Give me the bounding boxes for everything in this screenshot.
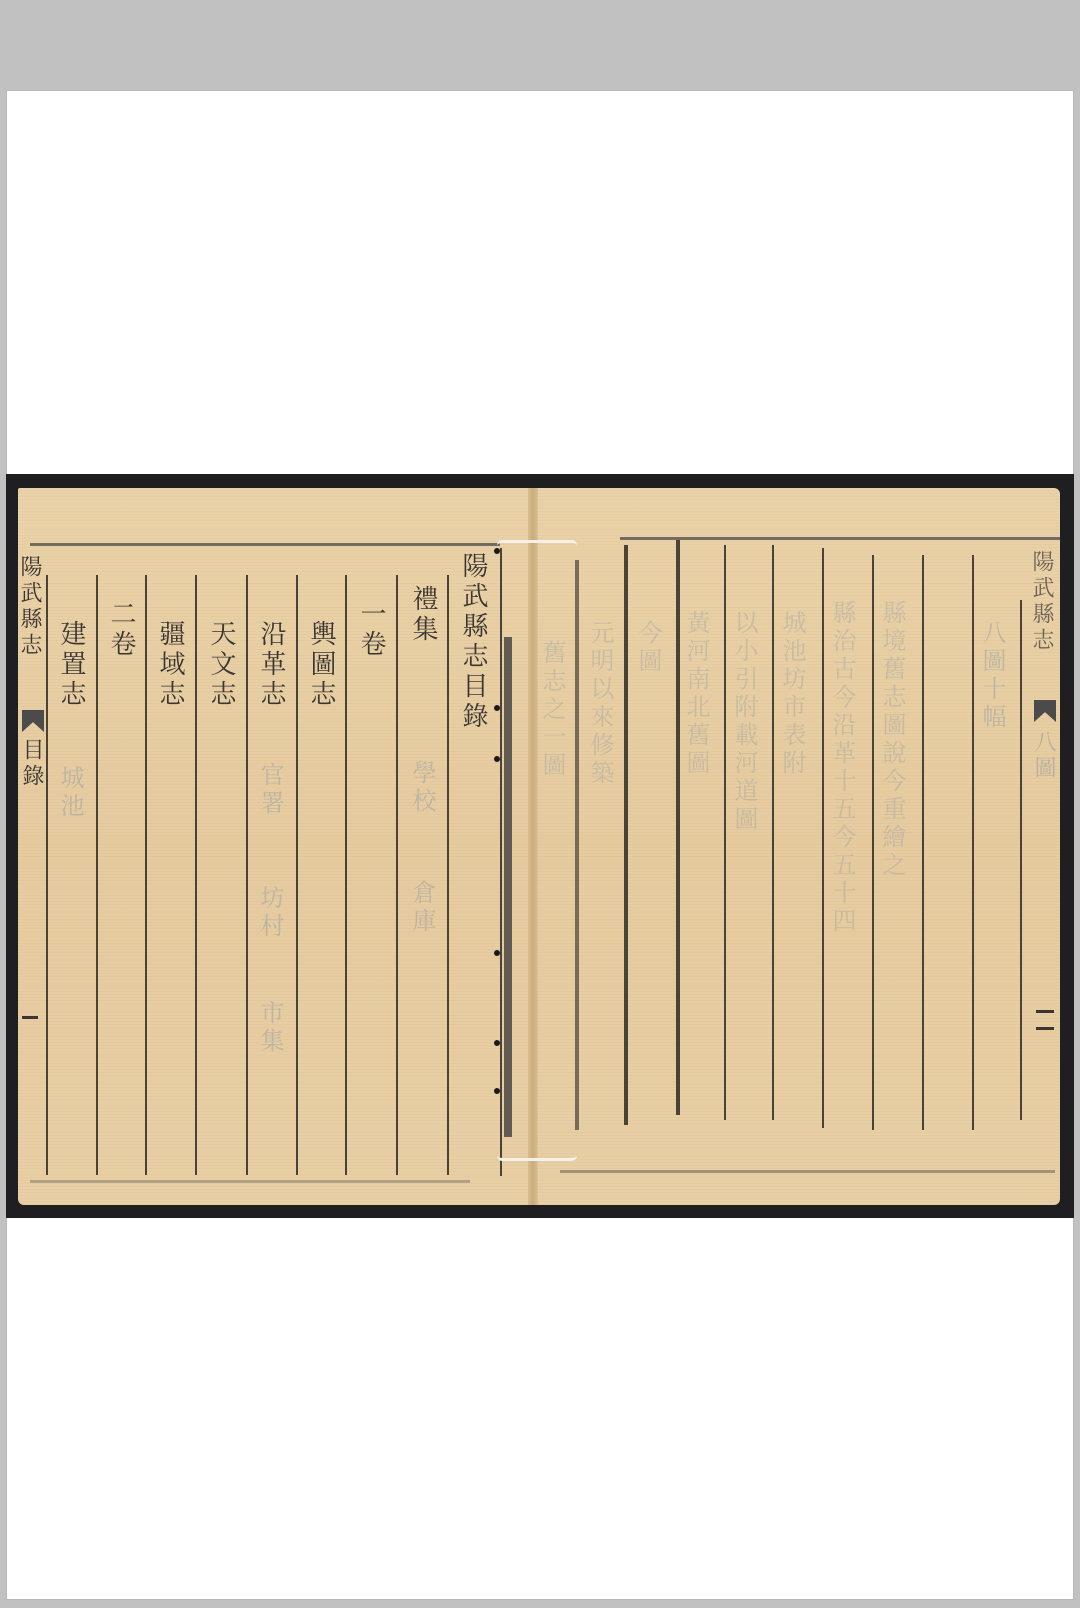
toc-entry: 二卷 (108, 600, 134, 660)
ghost-text: 以小引附載河道圖 (732, 610, 756, 834)
binding-hole (494, 756, 500, 762)
ghost-text: 城池坊市表附 (780, 610, 804, 778)
column-rule (345, 575, 347, 1175)
ghost-text: 市集 (258, 1000, 282, 1056)
spine-margin-band (504, 637, 512, 1137)
column-rule (872, 555, 874, 1130)
toc-entry: 天文志 (208, 620, 234, 710)
binding-hole (494, 1040, 500, 1046)
binding-thread-top (497, 540, 577, 551)
ghost-text: 八圖十幅 (980, 620, 1004, 732)
toc-entry: 疆域志 (157, 620, 183, 710)
column-rule (396, 575, 398, 1175)
column-rule (246, 575, 248, 1175)
column-rule (724, 545, 726, 1120)
ghost-text: 城池 (58, 765, 82, 821)
column-rule (500, 548, 502, 1176)
column-rule (972, 555, 974, 1130)
binding-thread-bottom (497, 1150, 577, 1161)
ghost-text: 倉庫 (410, 880, 434, 936)
page-number-mark (1036, 1010, 1054, 1013)
column-rule (676, 540, 680, 1115)
centerfold-section: 目錄 (20, 738, 42, 790)
right-bottom-border (560, 1170, 1055, 1173)
left-top-border (30, 543, 500, 546)
toc-heading: 陽武縣志目錄 (460, 552, 486, 732)
right-page (538, 488, 1060, 1205)
column-rule (575, 560, 579, 1130)
ghost-text: 元明以來修築 (588, 620, 612, 788)
toc-entry: 建置志 (58, 620, 84, 710)
page-number-mark (1036, 1027, 1054, 1030)
ghost-text: 縣治古今沿革十五今五十四 (830, 600, 854, 936)
page-number-mark (22, 1016, 38, 1019)
ghost-text: 縣境舊志圖說今重繪之 (880, 600, 904, 880)
ghost-text: 學校 (410, 760, 434, 816)
centerfold-title: 陽武縣志 (18, 555, 40, 659)
book-spine (528, 488, 538, 1205)
column-rule (96, 575, 98, 1175)
ghost-text: 黃河南北舊圖 (684, 610, 708, 778)
binding-hole (494, 1088, 500, 1094)
column-rule (772, 545, 774, 1120)
column-rule (46, 575, 48, 1175)
binding-hole (494, 705, 500, 711)
ghost-text: 舊志之一圖 (540, 640, 564, 780)
toc-entry: 輿圖志 (308, 620, 334, 710)
column-rule (1020, 600, 1022, 1120)
binding-hole (494, 950, 500, 956)
centerfold-title-right: 陽武縣志 (1030, 550, 1052, 654)
right-top-border (620, 537, 1060, 540)
left-bottom-border (30, 1180, 470, 1183)
column-rule (922, 555, 924, 1130)
toc-entry: 禮集 (410, 585, 436, 645)
column-rule (195, 575, 197, 1175)
ghost-text: 今圖 (636, 620, 660, 676)
left-page (18, 488, 528, 1205)
ghost-text: 官署 (258, 762, 282, 818)
column-rule (624, 545, 628, 1125)
column-rule (447, 575, 449, 1175)
toc-entry: 沿革志 (258, 620, 284, 710)
column-rule (296, 575, 298, 1175)
ghost-text: 坊村 (258, 885, 282, 941)
column-rule (822, 548, 824, 1128)
toc-entry: 一卷 (358, 600, 384, 660)
column-rule (145, 575, 147, 1175)
centerfold-section-right: 八圖 (1032, 730, 1054, 782)
